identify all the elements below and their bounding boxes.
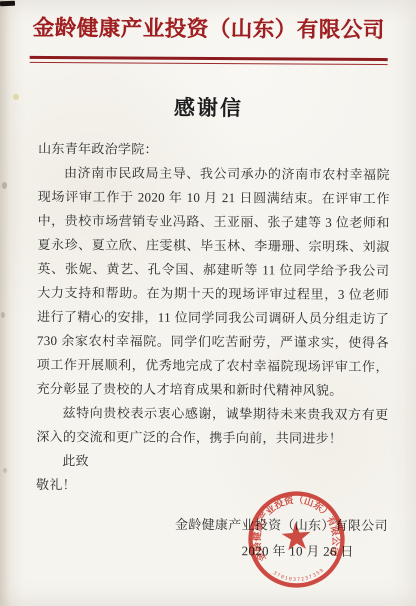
salutation: 山东青年政治学院：	[38, 137, 390, 163]
seal-star-icon	[281, 521, 312, 550]
body-paragraph-1: 由济南市民政局主导、我公司承办的济南市农村幸福院现场评审工作于 2020 年 1…	[37, 161, 390, 403]
closing-cizhi: 此致	[36, 449, 388, 475]
letter-title: 感谢信	[0, 94, 416, 123]
divider-thin-line	[30, 62, 388, 65]
letter-page: 金龄健康产业投资（山东）有限公司 感谢信 山东青年政治学院： 由济南市民政局主导…	[0, 0, 416, 606]
letter-body: 山东青年政治学院： 由济南市民政局主导、我公司承办的济南市农村幸福院现场评审工作…	[36, 137, 390, 499]
letter-content: 金龄健康产业投资（山东）有限公司 感谢信 山东青年政治学院： 由济南市民政局主导…	[0, 0, 416, 565]
letterhead-company-name: 金龄健康产业投资（山东）有限公司	[13, 11, 405, 47]
divider-thick-line	[30, 56, 388, 61]
company-seal-stamp: 金龄健康产业投资（山东）有限公司 3701037237359	[243, 486, 351, 594]
body-paragraph-2: 兹特向贵校表示衷心感谢，诚挚期待未来贵我双方有更深入的交流和更广泛的合作，携手向…	[36, 401, 388, 451]
letterhead-divider	[30, 56, 388, 65]
